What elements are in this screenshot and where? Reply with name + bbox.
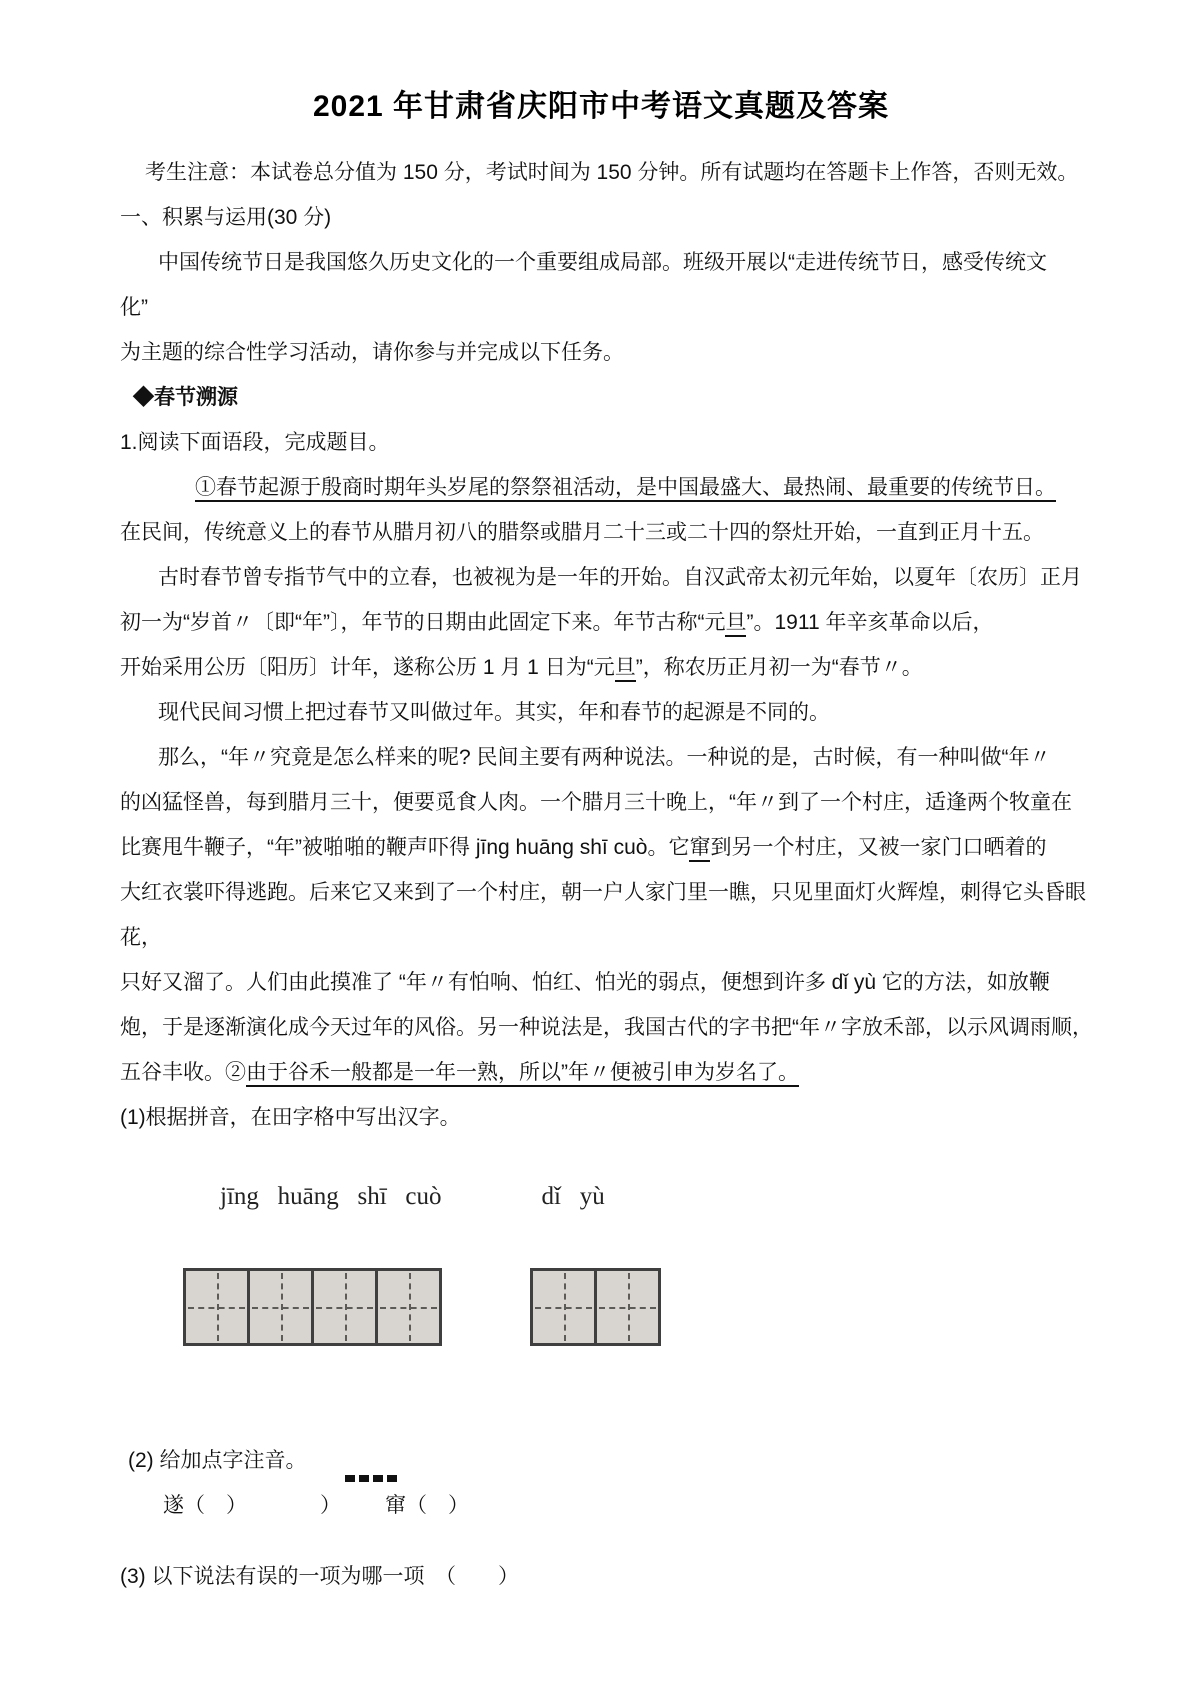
- text-segment: ”，称农历正月初一为“春节〃。: [636, 656, 923, 679]
- text-line: 一、积累与运用(30 分): [120, 195, 1082, 240]
- text-segment: 在民间，传统意义上的春节从腊月初八的腊祭或腊月二十三或二十四的祭灶开始，一直到正…: [120, 521, 1044, 544]
- tianzige-grid-group: [183, 1268, 442, 1346]
- text-segment: 由于谷禾一般都是一年一熟，所以”年〃便被引申为岁名了。: [246, 1061, 799, 1087]
- text-line: 比赛甩牛鞭子，“年”被啪啪的鞭声吓得 jīng huāng shī cuò。它窜…: [120, 825, 1082, 870]
- text-segment: ”。1911 年辛亥革命以后，: [746, 611, 993, 634]
- text-segment: 一、积累与运用(30 分): [120, 206, 331, 229]
- text-line: 初一为“岁首〃〔即“年”〕，年节的日期由此固定下来。年节古称“元旦”。1911 …: [120, 600, 1082, 645]
- tianzige-grid-group: [530, 1268, 661, 1346]
- text-line: (2) 给加点字注音。: [120, 1438, 1082, 1483]
- text-segment: 中国传统节日是我国悠久历史文化的一个重要组成局部。班级开展以“走进传统节日，感受…: [158, 251, 1047, 274]
- text-line: 五谷丰收。②由于谷禾一般都是一年一熟，所以”年〃便被引申为岁名了。: [120, 1050, 1082, 1095]
- text-segment: 开始采用公历〔阳历〕计年，遂称公历 1 月 1 日为“元: [120, 656, 615, 679]
- text-line: 化”: [120, 285, 1082, 330]
- tianzige-cell: [183, 1268, 250, 1346]
- text-segment: 初一为“岁首〃〔即“年”〕，年节的日期由此固定下来。年节古称“元: [120, 611, 725, 634]
- zhuyin-item: ）: [320, 1483, 341, 1528]
- text-line: 开始采用公历〔阳历〕计年，遂称公历 1 月 1 日为“元旦”，称农历正月初一为“…: [120, 645, 1082, 690]
- text-segment: 春节溯源: [154, 386, 238, 409]
- text-segment: (2) 给加点字注音。: [128, 1449, 307, 1472]
- text-segment: 现代民间习惯上把过春节又叫做过年。其实，年和春节的起源是不同的。: [158, 701, 830, 724]
- text-segment: 炮，于是逐渐演化成今天过年的风俗。另一种说法是，我国古代的字书把“年〃字放禾部，…: [120, 1016, 1093, 1039]
- grid-dash-horizontal: [252, 1307, 309, 1309]
- text-segment: 的凶猛怪兽，每到腊月三十，便要觅食人肉。一个腊月三十晚上，“年〃到了一个村庄，适…: [120, 791, 1072, 814]
- text-line: 花，: [120, 915, 1082, 960]
- tianzige-grids: [120, 1268, 1082, 1346]
- text-line: 现代民间习惯上把过春节又叫做过年。其实，年和春节的起源是不同的。: [120, 690, 1082, 735]
- body-text-block: 考生注意：本试卷总分值为 150 分，考试时间为 150 分钟。所有试题均在答题…: [120, 150, 1082, 1140]
- tianzige-cell: [311, 1268, 378, 1346]
- tianzige-cell: [375, 1268, 442, 1346]
- text-line: 为主题的综合性学习活动，请你参与并完成以下任务。: [120, 330, 1082, 375]
- text-line: 1.阅读下面语段，完成题目。: [120, 420, 1082, 465]
- tianzige-cell: [594, 1268, 661, 1346]
- text-line: 炮，于是逐渐演化成今天过年的风俗。另一种说法是，我国古代的字书把“年〃字放禾部，…: [120, 1005, 1082, 1050]
- pinyin-group-1: jīng huāng shī cuò: [220, 1183, 442, 1210]
- grid-dash-horizontal: [188, 1307, 245, 1309]
- text-line: 中国传统节日是我国悠久历史文化的一个重要组成局部。班级开展以“走进传统节日，感受…: [120, 240, 1082, 285]
- question3-block: (3) 以下说法有误的一项为哪一项 （ ）: [120, 1554, 1082, 1599]
- tianzige-cell: [247, 1268, 314, 1346]
- text-line: 古时春节曾专指节气中的立春，也被视为是一年的开始。自汉武帝太初元年始，以夏年〔农…: [120, 555, 1082, 600]
- text-line: 考生注意：本试卷总分值为 150 分，考试时间为 150 分钟。所有试题均在答题…: [120, 150, 1082, 195]
- grid-dash-horizontal: [316, 1307, 373, 1309]
- question2-block: (2) 给加点字注音。: [120, 1438, 1082, 1483]
- text-segment: 那么，“年〃究竟是怎么样来的呢? 民间主要有两种说法。一种说的是，古时候，有一种…: [158, 746, 1051, 769]
- text-segment: 比赛甩牛鞭子，“年”被啪啪的鞭声吓得 jīng huāng shī cuò。它: [120, 836, 689, 859]
- text-segment: (1)根据拼音，在田字格中写出汉字。: [120, 1106, 461, 1129]
- text-segment: 窜: [689, 836, 710, 862]
- text-segment: 花，: [120, 926, 162, 949]
- text-segment: 考生注意：本试卷总分值为 150 分，考试时间为 150 分钟。所有试题均在答题…: [145, 161, 1078, 184]
- text-line: 大红衣裳吓得逃跑。后来它又来到了一个村庄，朝一户人家门里一瞧，只见里面灯火辉煌，…: [120, 870, 1082, 915]
- text-segment: 为主题的综合性学习活动，请你参与并完成以下任务。: [120, 341, 624, 364]
- text-segment: (3) 以下说法有误的一项为哪一项 （ ）: [120, 1565, 519, 1588]
- text-segment: 旦: [615, 656, 636, 682]
- zhuyin-row: 遂（ ））窜（ ）: [120, 1483, 1082, 1528]
- tianzige-cell: [530, 1268, 597, 1346]
- text-segment: 旦: [725, 611, 746, 637]
- text-line: 只好又溜了。人们由此摸准了 “年〃有怕响、怕红、怕光的弱点，便想到许多 dǐ y…: [120, 960, 1082, 1005]
- zhuyin-item: 窜（ ）: [385, 1483, 469, 1528]
- text-segment: 古时春节曾专指节气中的立春，也被视为是一年的开始。自汉武帝太初元年始，以夏年〔农…: [158, 566, 1082, 589]
- text-line: 在民间，传统意义上的春节从腊月初八的腊祭或腊月二十三或二十四的祭灶开始，一直到正…: [120, 510, 1082, 555]
- text-line: ◆春节溯源: [120, 375, 1082, 420]
- text-segment: 大红衣裳吓得逃跑。后来它又来到了一个村庄，朝一户人家门里一瞧，只见里面灯火辉煌，…: [120, 881, 1086, 904]
- text-line: (1)根据拼音，在田字格中写出汉字。: [120, 1095, 1082, 1140]
- diamond-bullet-icon: ◆: [133, 386, 154, 409]
- text-segment: ①春节起源于殷商时期年头岁尾的祭祭祖活动，是中国最盛大、最热闹、最重要的传统节日…: [195, 476, 1056, 502]
- text-segment: 到另一个村庄，又被一家门口晒着的: [710, 836, 1046, 859]
- grid-dash-horizontal: [380, 1307, 437, 1309]
- text-line: 那么，“年〃究竟是怎么样来的呢? 民间主要有两种说法。一种说的是，古时候，有一种…: [120, 735, 1082, 780]
- text-segment: 1.阅读下面语段，完成题目。: [120, 431, 390, 454]
- grid-dash-horizontal: [535, 1307, 592, 1309]
- zhuyin-item: 遂（ ）: [163, 1483, 247, 1528]
- text-line: 的凶猛怪兽，每到腊月三十，便要觅食人肉。一个腊月三十晚上，“年〃到了一个村庄，适…: [120, 780, 1082, 825]
- text-line: ①春节起源于殷商时期年头岁尾的祭祭祖活动，是中国最盛大、最热闹、最重要的传统节日…: [120, 465, 1082, 510]
- text-segment: 只好又溜了。人们由此摸准了 “年〃有怕响、怕红、怕光的弱点，便想到许多 dǐ y…: [120, 971, 1050, 994]
- text-segment: 化”: [120, 296, 148, 319]
- text-segment: 五谷丰收。②: [120, 1061, 246, 1084]
- emphasis-dash-mark: [345, 1475, 401, 1482]
- pinyin-group-2: dǐ yù: [542, 1183, 605, 1210]
- exam-paper-page: 2021 年甘肃省庆阳市中考语文真题及答案 考生注意：本试卷总分值为 150 分…: [0, 0, 1200, 1696]
- text-line: (3) 以下说法有误的一项为哪一项 （ ）: [120, 1554, 1082, 1599]
- pinyin-row: jīng huāng shī cuòdǐ yù: [120, 1140, 1082, 1178]
- page-title: 2021 年甘肃省庆阳市中考语文真题及答案: [120, 88, 1082, 126]
- grid-dash-horizontal: [599, 1307, 656, 1309]
